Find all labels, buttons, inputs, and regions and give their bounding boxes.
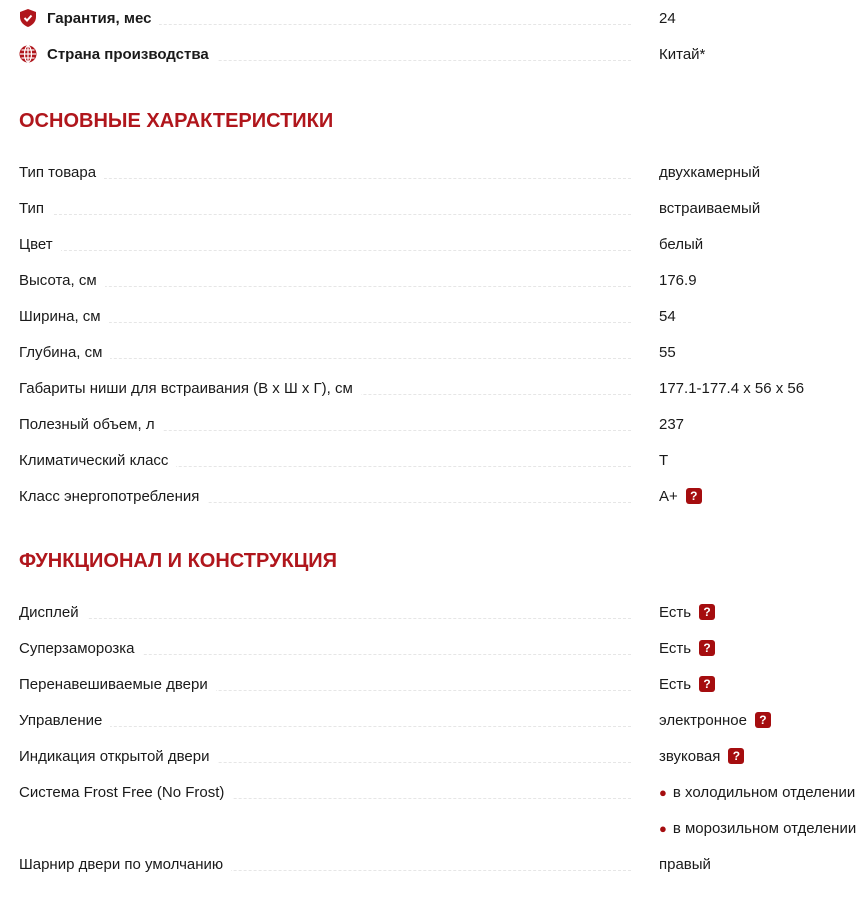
spec-label: Климатический класс xyxy=(19,452,168,469)
spec-label: Система Frost Free (No Frost) xyxy=(19,784,224,801)
help-icon[interactable]: ? xyxy=(699,604,715,620)
spec-row: Система Frost Free (No Frost)●в холодиль… xyxy=(19,774,859,810)
spec-value: в морозильном отделении xyxy=(673,820,856,837)
help-icon[interactable]: ? xyxy=(728,748,744,764)
spec-value: встраиваемый xyxy=(659,200,760,217)
spec-value: 54 xyxy=(659,308,676,325)
help-icon[interactable]: ? xyxy=(755,712,771,728)
help-icon[interactable]: ? xyxy=(686,488,702,504)
spec-value: Есть xyxy=(659,676,691,693)
spec-label: Ширина, см xyxy=(19,308,101,325)
help-icon[interactable]: ? xyxy=(699,640,715,656)
spec-row-country: Страна производства Китай* xyxy=(19,36,859,72)
spec-row: СуперзаморозкаЕсть? xyxy=(19,630,859,666)
specs: Гарантия, мес 24 Страна производства Кит… xyxy=(0,0,859,882)
bullet-icon: ● xyxy=(659,785,667,800)
spec-value: в холодильном отделении xyxy=(673,784,855,801)
spec-row: ДисплейЕсть? xyxy=(19,594,859,630)
spec-label: Дисплей xyxy=(19,604,79,621)
spec-value: двухкамерный xyxy=(659,164,760,181)
spec-value: Есть xyxy=(659,604,691,621)
spec-label: Класс энергопотребления xyxy=(19,488,199,505)
section-title-functional: Функционал и конструкция xyxy=(19,544,859,578)
shield-check-icon xyxy=(19,9,37,27)
spec-row: Класс энергопотребленияA+? xyxy=(19,478,859,514)
spec-row: Управлениеэлектронное? xyxy=(19,702,859,738)
spec-row: Типвстраиваемый xyxy=(19,190,859,226)
spec-row: Габариты ниши для встраивания (В х Ш х Г… xyxy=(19,370,859,406)
bullet-icon: ● xyxy=(659,821,667,836)
spec-label: Гарантия, мес xyxy=(47,10,151,27)
spec-label: Полезный объем, л xyxy=(19,416,155,433)
spec-value: T xyxy=(659,452,668,469)
spec-value: 24 xyxy=(659,10,676,27)
spec-value: правый xyxy=(659,856,711,873)
spec-value: 176.9 xyxy=(659,272,697,289)
spec-row: Цветбелый xyxy=(19,226,859,262)
spec-label: Тип xyxy=(19,200,44,217)
spec-label: Индикация открытой двери xyxy=(19,748,209,765)
spec-row: Климатический классT xyxy=(19,442,859,478)
spec-row: Глубина, см55 xyxy=(19,334,859,370)
spec-value: A+ xyxy=(659,488,678,505)
spec-row-extra-value: ●в морозильном отделении xyxy=(19,810,859,846)
spec-value: 55 xyxy=(659,344,676,361)
spec-value: белый xyxy=(659,236,703,253)
spec-label: Глубина, см xyxy=(19,344,102,361)
section-title-main: Основные характеристики xyxy=(19,104,859,138)
spec-value: электронное xyxy=(659,712,747,729)
spec-label: Страна производства xyxy=(47,46,209,63)
spec-row: Тип товарадвухкамерный xyxy=(19,154,859,190)
spec-row: Шарнир двери по умолчаниюправый xyxy=(19,846,859,882)
spec-row: Перенавешиваемые двериЕсть? xyxy=(19,666,859,702)
spec-value: Есть xyxy=(659,640,691,657)
spec-row: Высота, см176.9 xyxy=(19,262,859,298)
spec-label: Габариты ниши для встраивания (В х Ш х Г… xyxy=(19,380,353,397)
spec-row: Полезный объем, л237 xyxy=(19,406,859,442)
spec-value: Китай* xyxy=(659,46,705,63)
spec-label: Тип товара xyxy=(19,164,96,181)
spec-label: Цвет xyxy=(19,236,53,253)
spec-label: Управление xyxy=(19,712,102,729)
spec-label: Перенавешиваемые двери xyxy=(19,676,208,693)
spec-row-warranty: Гарантия, мес 24 xyxy=(19,0,859,36)
spec-label: Шарнир двери по умолчанию xyxy=(19,856,223,873)
globe-icon xyxy=(19,45,37,63)
spec-row: Индикация открытой дверизвуковая? xyxy=(19,738,859,774)
spec-row: Ширина, см54 xyxy=(19,298,859,334)
spec-value: 177.1-177.4 х 56 х 56 xyxy=(659,380,804,397)
spec-label: Высота, см xyxy=(19,272,97,289)
spec-label: Суперзаморозка xyxy=(19,640,134,657)
spec-value: 237 xyxy=(659,416,684,433)
spec-value: звуковая xyxy=(659,748,720,765)
help-icon[interactable]: ? xyxy=(699,676,715,692)
